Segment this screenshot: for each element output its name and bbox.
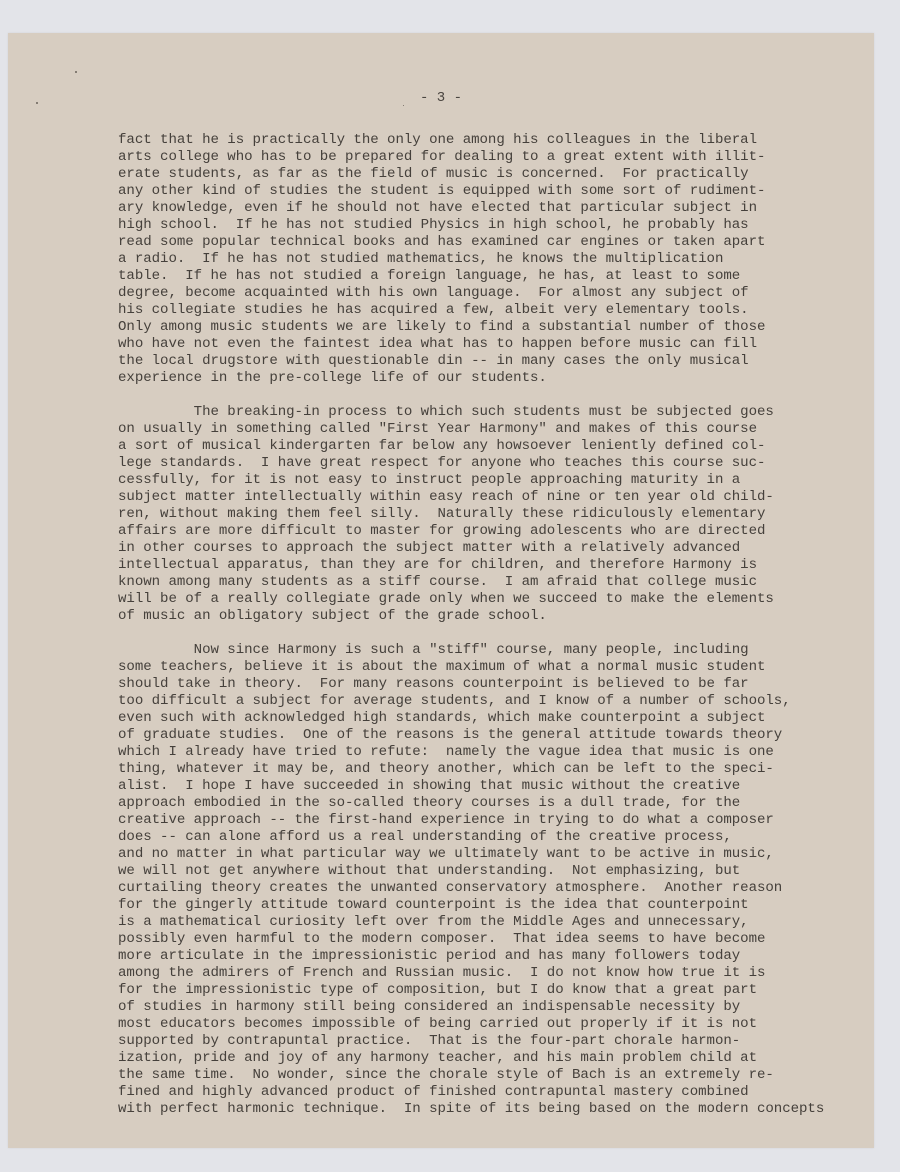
text-line: ren, without making them feel silly. Nat… [118,506,808,523]
text-line: which I already have tried to refute: na… [118,744,808,761]
text-line: Now since Harmony is such a "stiff" cour… [118,642,808,659]
text-line: too difficult a subject for average stud… [118,693,808,710]
text-line: a sort of musical kindergarten far below… [118,438,808,455]
text-line: of graduate studies. One of the reasons … [118,727,808,744]
paragraph: Now since Harmony is such a "stiff" cour… [118,642,808,1118]
text-line: a radio. If he has not studied mathemati… [118,251,808,268]
text-line: creative approach -- the first-hand expe… [118,812,808,829]
text-line: and no matter in what particular way we … [118,846,808,863]
text-line: fact that he is practically the only one… [118,132,808,149]
text-line: among the admirers of French and Russian… [118,965,808,982]
text-line: lege standards. I have great respect for… [118,455,808,472]
body-text: fact that he is practically the only one… [118,132,808,1118]
text-line: we will not get anywhere without that un… [118,863,808,880]
text-line: some teachers, believe it is about the m… [118,659,808,676]
text-line: curtailing theory creates the unwanted c… [118,880,808,897]
text-line: known among many students as a stiff cou… [118,574,808,591]
text-line: ization, pride and joy of any harmony te… [118,1050,808,1067]
text-line: possibly even harmful to the modern comp… [118,931,808,948]
paragraph: The breaking-in process to which such st… [118,404,808,625]
text-line: affairs are more difficult to master for… [118,523,808,540]
text-line: experience in the pre-college life of ou… [118,370,808,387]
text-line: erate students, as far as the field of m… [118,166,808,183]
text-line: subject matter intellectually within eas… [118,489,808,506]
document-page: - 3 - fact that he is practically the on… [8,33,874,1148]
text-line: table. If he has not studied a foreign l… [118,268,808,285]
text-line: of studies in harmony still being consid… [118,999,808,1016]
paper-speck [75,71,77,73]
text-line: on usually in something called "First Ye… [118,421,808,438]
text-line: will be of a really collegiate grade onl… [118,591,808,608]
text-line: Only among music students we are likely … [118,319,808,336]
page-number: - 3 - [8,90,874,106]
text-line: even such with acknowledged high standar… [118,710,808,727]
text-line: of music an obligatory subject of the gr… [118,608,808,625]
text-line: in other courses to approach the subject… [118,540,808,557]
text-line: cessfully, for it is not easy to instruc… [118,472,808,489]
text-line: read some popular technical books and ha… [118,234,808,251]
text-line: for the impressionistic type of composit… [118,982,808,999]
text-line: fined and highly advanced product of fin… [118,1084,808,1101]
text-line: more articulate in the impressionistic p… [118,948,808,965]
text-line: who have not even the faintest idea what… [118,336,808,353]
text-line: should take in theory. For many reasons … [118,676,808,693]
text-line: degree, become acquainted with his own l… [118,285,808,302]
text-line: does -- can alone afford us a real under… [118,829,808,846]
text-line: is a mathematical curiosity left over fr… [118,914,808,931]
text-line: The breaking-in process to which such st… [118,404,808,421]
text-line: thing, whatever it may be, and theory an… [118,761,808,778]
text-line: supported by contrapuntal practice. That… [118,1033,808,1050]
text-line: ary knowledge, even if he should not hav… [118,200,808,217]
text-line: approach embodied in the so-called theor… [118,795,808,812]
text-line: alist. I hope I have succeeded in showin… [118,778,808,795]
text-line: high school. If he has not studied Physi… [118,217,808,234]
text-line: most educators becomes impossible of bei… [118,1016,808,1033]
text-line: the local drugstore with questionable di… [118,353,808,370]
text-line: arts college who has to be prepared for … [118,149,808,166]
text-line: his collegiate studies he has acquired a… [118,302,808,319]
text-line: with perfect harmonic technique. In spit… [118,1101,808,1118]
text-line: the same time. No wonder, since the chor… [118,1067,808,1084]
text-line: any other kind of studies the student is… [118,183,808,200]
text-line: intellectual apparatus, than they are fo… [118,557,808,574]
text-line: for the gingerly attitude toward counter… [118,897,808,914]
paragraph: fact that he is practically the only one… [118,132,808,387]
